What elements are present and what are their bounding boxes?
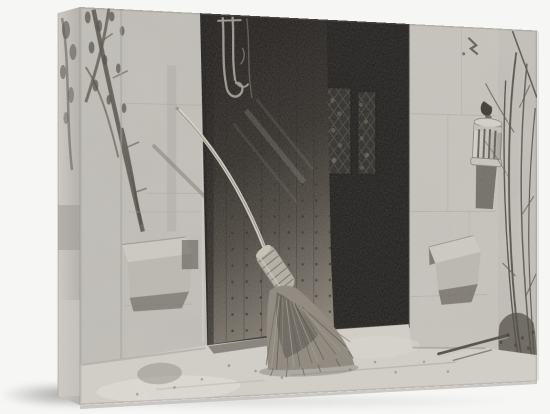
side-grain (56, 5, 82, 407)
mockup-stage (0, 0, 550, 414)
canvas-print (80, 7, 537, 405)
photo-grain (80, 7, 537, 405)
canvas-right-edge (537, 30, 540, 381)
page: { "artwork": { "medium": "black-and-whit… (0, 0, 550, 414)
photograph (80, 7, 537, 405)
canvas-side-edge (56, 5, 82, 407)
